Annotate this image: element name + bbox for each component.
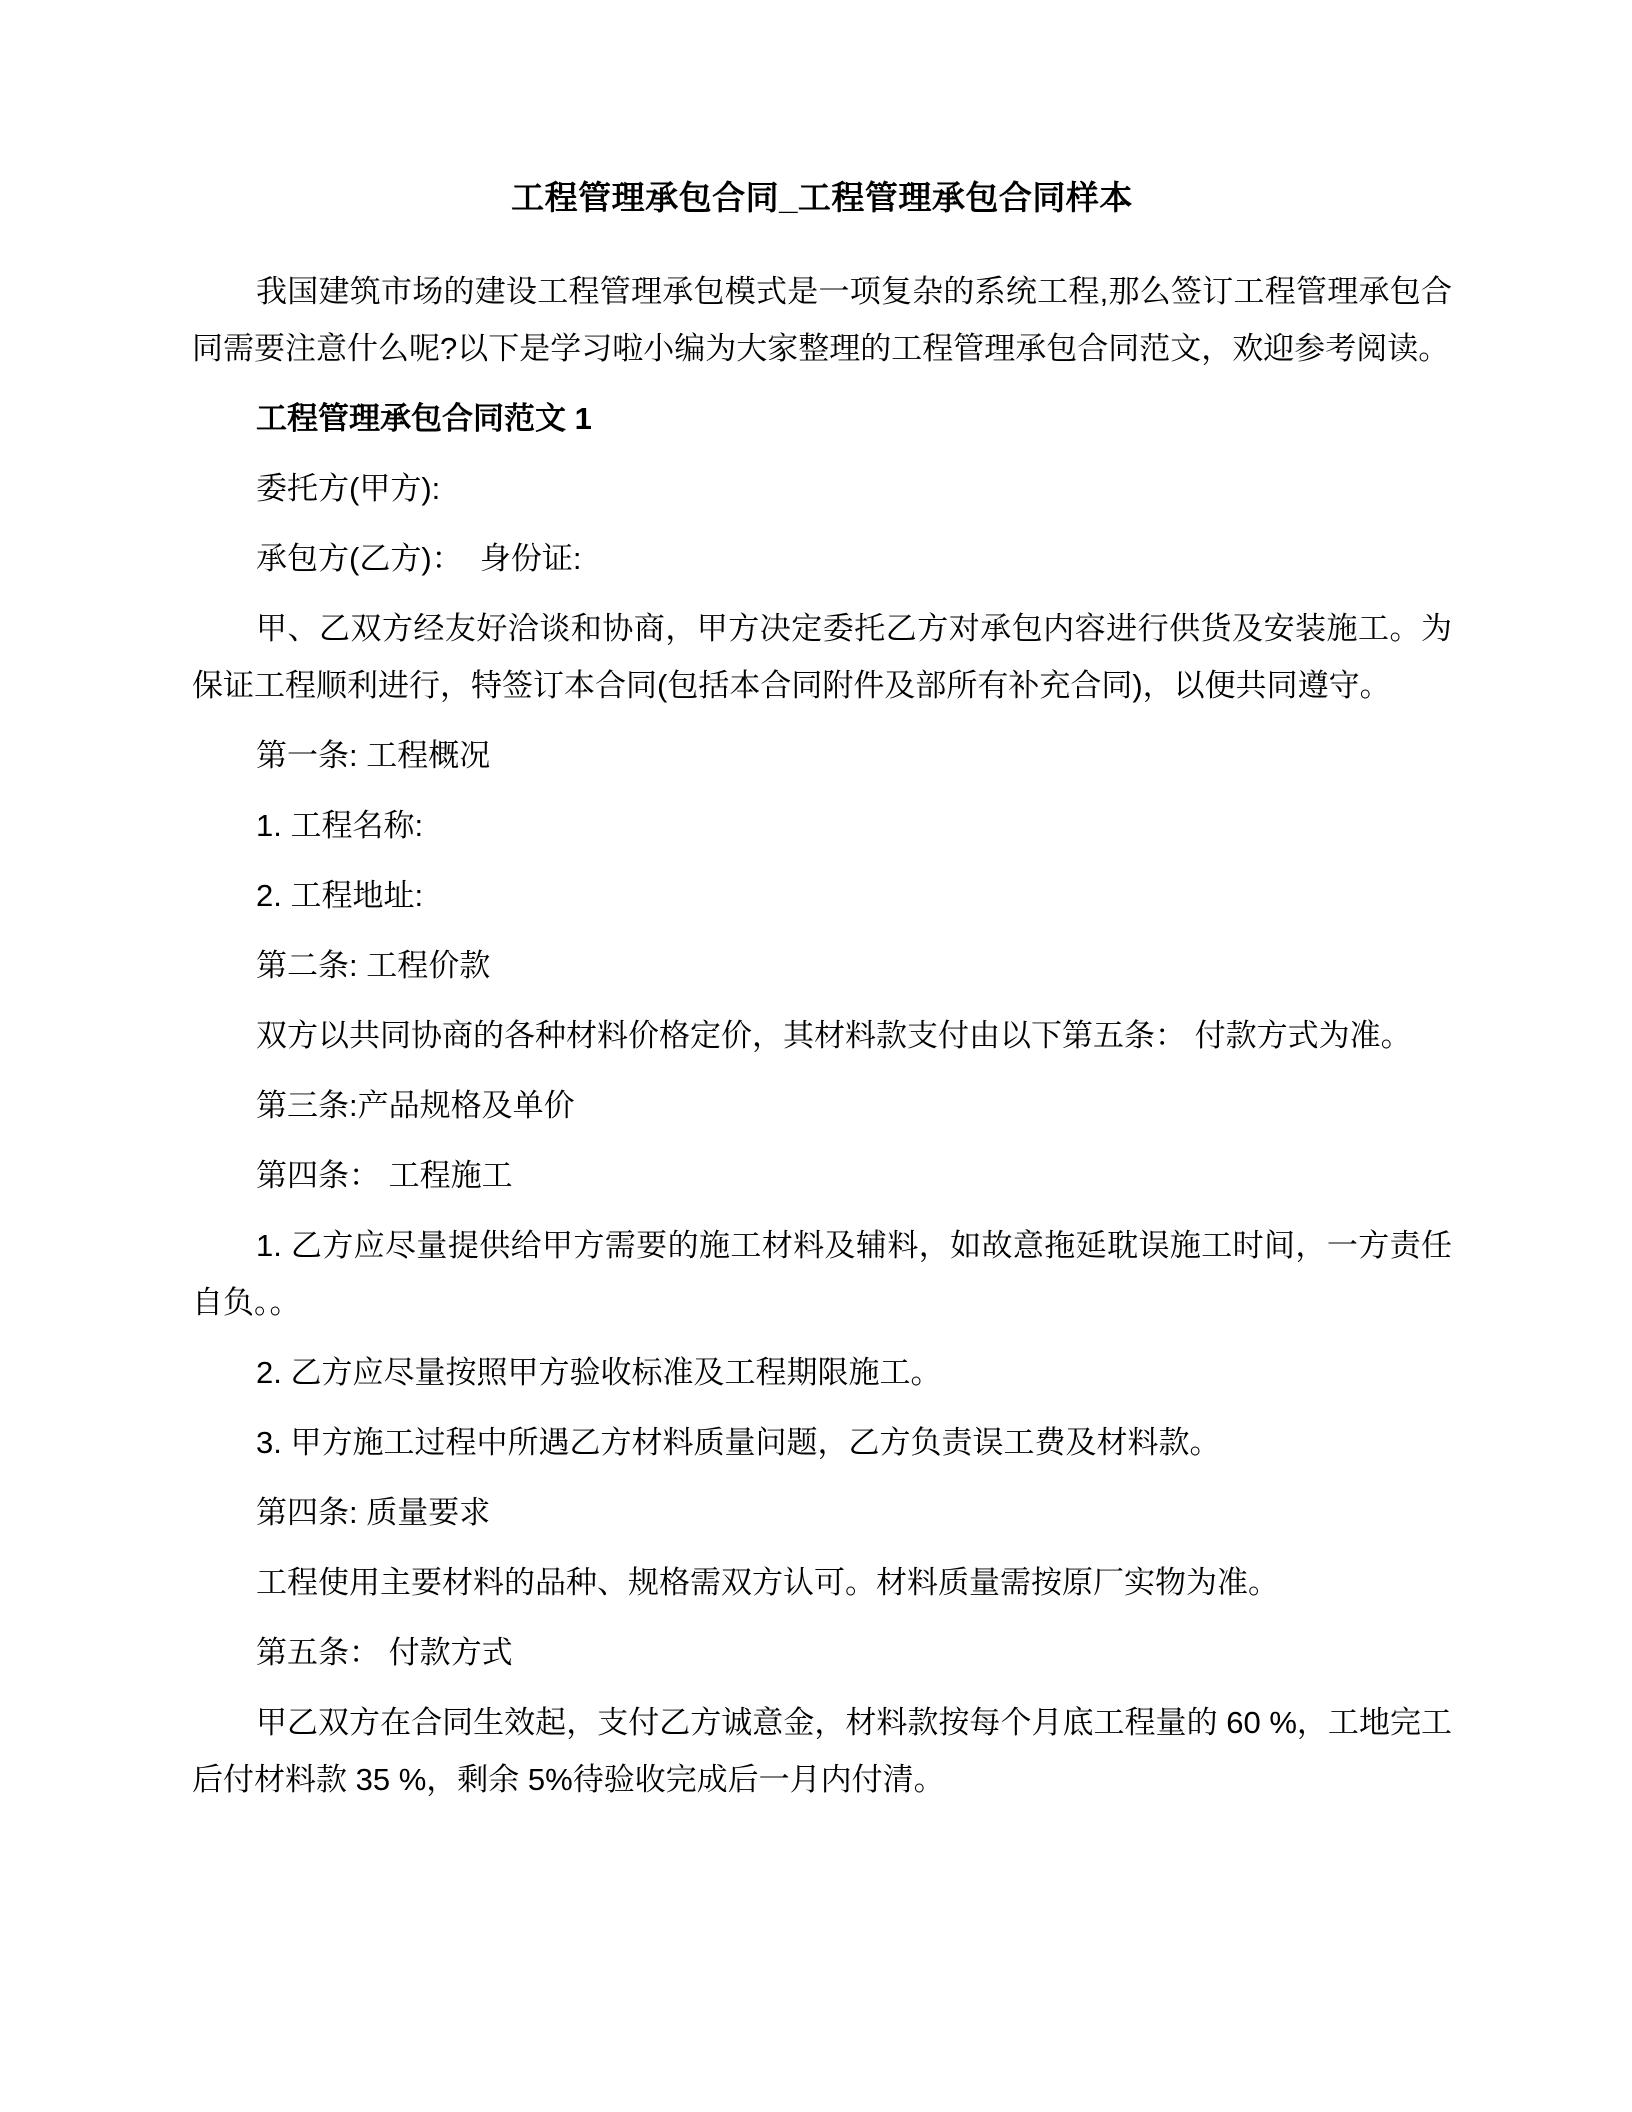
paragraph: 第三条:产品规格及单价 [192, 1077, 1452, 1134]
paragraph: 第五条： 付款方式 [192, 1624, 1452, 1681]
paragraph: 我国建筑市场的建设工程管理承包模式是一项复杂的系统工程,那么签订工程管理承包合同… [192, 263, 1452, 377]
paragraph: 委托方(甲方): [192, 460, 1452, 517]
paragraph: 3. 甲方施工过程中所遇乙方材料质量问题，乙方负责误工费及材料款。 [192, 1414, 1452, 1471]
document-title: 工程管理承包合同_工程管理承包合同样本 [192, 178, 1452, 218]
paragraph: 第四条： 工程施工 [192, 1147, 1452, 1204]
paragraph: 第一条: 工程概况 [192, 727, 1452, 784]
paragraph: 第四条: 质量要求 [192, 1484, 1452, 1541]
paragraph: 1. 乙方应尽量提供给甲方需要的施工材料及辅料，如故意拖延耽误施工时间，一方责任… [192, 1217, 1452, 1331]
paragraph: 工程使用主要材料的品种、规格需双方认可。材料质量需按原厂实物为准。 [192, 1554, 1452, 1611]
paragraph: 甲、乙双方经友好洽谈和协商，甲方决定委托乙方对承包内容进行供货及安装施工。为保证… [192, 600, 1452, 714]
paragraph: 2. 工程地址: [192, 867, 1452, 924]
paragraph: 2. 乙方应尽量按照甲方验收标准及工程期限施工。 [192, 1344, 1452, 1401]
paragraph: 第二条: 工程价款 [192, 937, 1452, 994]
document-page: 工程管理承包合同_工程管理承包合同样本 我国建筑市场的建设工程管理承包模式是一项… [0, 0, 1632, 2112]
document-body: 我国建筑市场的建设工程管理承包模式是一项复杂的系统工程,那么签订工程管理承包合同… [192, 263, 1452, 1808]
section-heading: 工程管理承包合同范文 1 [192, 390, 1452, 447]
paragraph: 承包方(乙方)： 身份证: [192, 530, 1452, 587]
paragraph: 1. 工程名称: [192, 797, 1452, 854]
paragraph: 甲乙双方在合同生效起，支付乙方诚意金，材料款按每个月底工程量的 60 %，工地完… [192, 1694, 1452, 1808]
paragraph: 双方以共同协商的各种材料价格定价，其材料款支付由以下第五条： 付款方式为准。 [192, 1007, 1452, 1064]
